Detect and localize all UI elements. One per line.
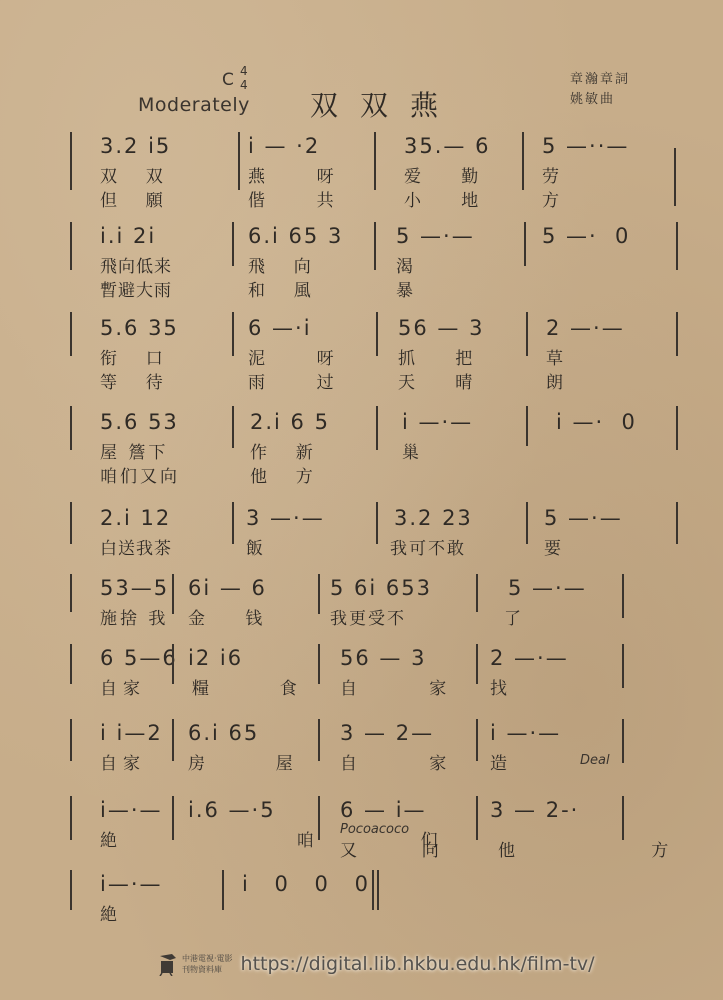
measure: 3.2 23 我可不敢 bbox=[376, 500, 526, 560]
measure: 6i — 6 金 钱 bbox=[174, 570, 324, 630]
score-row: i.i 2i 飛向低来 暫避大雨 6.i 65 3 飛 向 和 風 5 —·— … bbox=[70, 218, 690, 298]
score-row: 5.6 35 衔 口 等 待 6 —·i 泥 呀 雨 过 56 — 3 抓 把 … bbox=[70, 310, 690, 390]
measure: i.i 2i 飛向低来 暫避大雨 bbox=[70, 218, 238, 298]
score-row: i—·— 絶 i.6 —·5 咱 们 6 — i— Pocoacoco 又 向 … bbox=[70, 792, 690, 852]
measure: 3.2 i5 双 双 但 願 bbox=[70, 128, 238, 208]
measure: 3 — 2-· 他 方 bbox=[476, 792, 676, 852]
score-row: i i—2 自家 6.i 65 房 屋 3 — 2— 自 家 i —·— 造 D… bbox=[70, 715, 690, 775]
measure: 6 —·i 泥 呀 雨 过 bbox=[232, 310, 378, 390]
bar-line bbox=[676, 222, 678, 270]
measure: i — ·2 燕 呀 偕 共 bbox=[238, 128, 374, 208]
score-page: Moderately C 4 4 双双燕 章瀚章詞 姚敏曲 3.2 i5 双 双… bbox=[0, 0, 723, 1000]
measure: 5 —·— 了 bbox=[490, 570, 676, 630]
measure: 5 —·— 渴 暴 bbox=[374, 218, 524, 298]
final-bar-line bbox=[377, 870, 379, 910]
measure: 5.6 53 屋 簷下 咱们又向 bbox=[70, 404, 232, 484]
measure: 2 —·— 找 bbox=[476, 640, 676, 700]
bar-line bbox=[622, 719, 624, 763]
key-signature: C bbox=[222, 70, 234, 90]
bar-line bbox=[476, 574, 478, 612]
measure: 2 —·— 草 朗 bbox=[526, 310, 676, 390]
time-signature: 4 4 bbox=[240, 64, 248, 92]
bar-line bbox=[676, 502, 678, 544]
archive-watermark: 中港電視·電影 刊物資料庫 https://digital.lib.hkbu.e… bbox=[158, 947, 595, 981]
measure: 3 —·— 飯 bbox=[232, 500, 378, 560]
bar-line bbox=[622, 796, 624, 840]
performance-annotation: Deal bbox=[580, 753, 610, 768]
performance-annotation: Pocoacoco bbox=[340, 822, 409, 837]
archive-url[interactable]: https://digital.lib.hkbu.edu.hk/film-tv/ bbox=[241, 953, 595, 975]
composer: 姚敏曲 bbox=[570, 90, 630, 110]
film-camera-icon bbox=[158, 952, 178, 976]
measure: i —·— 巢 bbox=[376, 404, 526, 484]
measure: 5 —·— 要 bbox=[526, 500, 676, 560]
score-row: 3.2 i5 双 双 但 願 i — ·2 燕 呀 偕 共 35.— 6 爱 勤… bbox=[70, 128, 690, 208]
measure: 5 —··— 劳 方 bbox=[522, 128, 670, 208]
bar-line bbox=[622, 644, 624, 688]
song-title: 双双燕 bbox=[310, 84, 460, 124]
bar-line bbox=[676, 406, 678, 450]
measure: 6.i 65 房 屋 bbox=[174, 715, 324, 775]
measure: 56 — 3 抓 把 天 晴 bbox=[376, 310, 526, 390]
bar-line bbox=[622, 574, 624, 618]
score-row: 5.6 53 屋 簷下 咱们又向 2.i 6 5 作 新 他 方 i —·— 巢… bbox=[70, 404, 690, 484]
measure: i.6 —·5 咱 们 bbox=[174, 792, 324, 852]
bar-line bbox=[674, 148, 676, 206]
measure: 6 — i— Pocoacoco 又 向 bbox=[318, 792, 478, 852]
score-row: i—·— 絶 i 0 0 0 bbox=[70, 866, 690, 926]
measure: 2.i 6 5 作 新 他 方 bbox=[232, 404, 378, 484]
measure: i—·— 絶 bbox=[70, 866, 200, 926]
measure: 3 — 2— 自 家 bbox=[318, 715, 478, 775]
bar-line bbox=[676, 312, 678, 356]
measure: 35.— 6 爱 勤 小 地 bbox=[374, 128, 522, 208]
final-bar-line bbox=[372, 870, 374, 910]
archive-logo: 中港電視·電影 刊物資料庫 bbox=[158, 952, 233, 976]
measure: 56 — 3 自 家 bbox=[318, 640, 478, 700]
measure: 5 6i 653 我更受不 bbox=[318, 570, 478, 630]
score-row: 6 5—6 自家 i2 i6 糧 食 56 — 3 自 家 2 —·— 找 bbox=[70, 640, 690, 700]
measure: 5.6 35 衔 口 等 待 bbox=[70, 310, 232, 390]
measure: i2 i6 糧 食 bbox=[174, 640, 324, 700]
measure: 2.i 12 白送我茶 bbox=[70, 500, 232, 560]
score-header: Moderately C 4 4 双双燕 章瀚章詞 姚敏曲 bbox=[0, 62, 723, 122]
score-row: 2.i 12 白送我茶 3 —·— 飯 3.2 23 我可不敢 5 —·— 要 bbox=[70, 500, 690, 560]
measure: 5 —· 0 bbox=[524, 218, 674, 298]
measure: i —·— 造 Deal bbox=[476, 715, 676, 775]
measure: 6.i 65 3 飛 向 和 風 bbox=[232, 218, 374, 298]
tempo-marking: Moderately bbox=[138, 94, 250, 116]
credits: 章瀚章詞 姚敏曲 bbox=[570, 70, 630, 110]
measure: i 0 0 0 bbox=[222, 866, 372, 926]
lyricist: 章瀚章詞 bbox=[570, 70, 630, 90]
measure: i —· 0 bbox=[526, 404, 676, 484]
score-row: 53—5 施捨 我 6i — 6 金 钱 5 6i 653 我更受不 5 —·—… bbox=[70, 570, 690, 630]
